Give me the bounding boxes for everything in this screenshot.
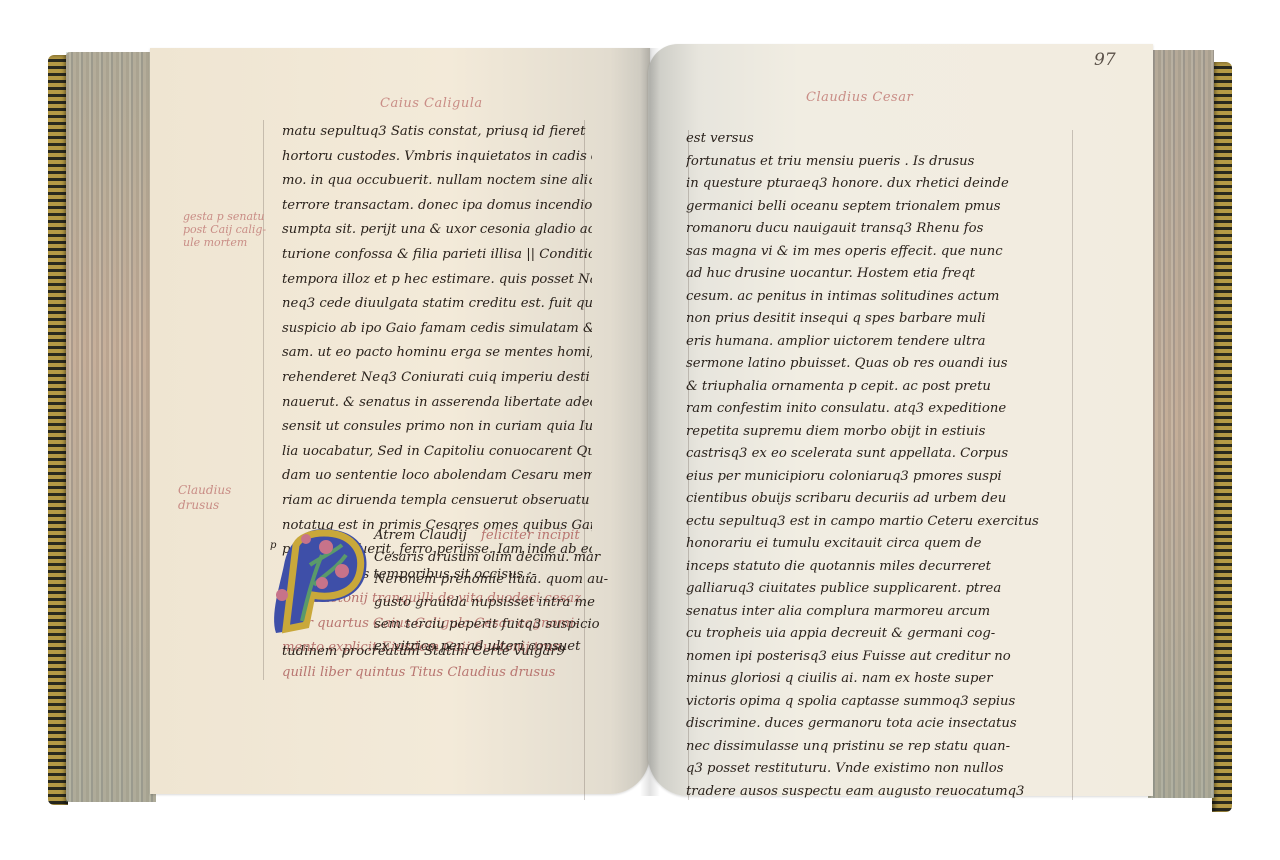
text-line: nec dissimulasse unq pristinu se rep sta…	[686, 736, 1066, 759]
text-line: galliaruq3 ciuitates publice supplicaren…	[686, 578, 1066, 601]
text-line: inceps statuto die quotannis miles decur…	[686, 556, 1066, 579]
text-line: tempora illoz et p hec estimare. quis po…	[282, 268, 592, 293]
text-line: sem terciu peperit fuitq3 suspicio	[374, 614, 608, 636]
left-running-head: Caius Caligula	[380, 96, 483, 111]
margin-note-claudius: Claudius drusus	[178, 483, 231, 513]
text-line: sensit ut consules primo non in curiam q…	[282, 415, 592, 440]
rubric-line: quilli liber quintus Titus Claudius drus…	[282, 661, 592, 686]
text-line: tudinem procreatum Statim Certe vulgar9	[282, 640, 565, 665]
text-line: dam uo sententie loco abolendam Cesaru m…	[282, 464, 592, 489]
text-line: victoris opima q spolia captasse summoq3…	[686, 691, 1066, 714]
margin-note-gesta: gesta p senatu post Caij calig- ule mort…	[183, 210, 266, 249]
text-line: sumpta sit. perijt una & uxor cesonia gl…	[282, 218, 592, 243]
right-page-edges	[1148, 50, 1214, 798]
text-line: riam ac diruenda templa censuerut obseru…	[282, 489, 592, 514]
text-line: turione confossa & filia parieti illisa …	[282, 243, 592, 268]
margin-note-line: drusus	[178, 498, 231, 513]
margin-note-line: ule mortem	[183, 236, 266, 249]
text-line: lia uocabatur, Sed in Capitoliu conuocar…	[282, 440, 592, 465]
text-line: nomen ipi posterisq3 eius Fuisse aut cre…	[686, 646, 1066, 669]
text-line: discrimine. duces germanoru tota acie in…	[686, 713, 1066, 736]
text-line: cu tropheis uia appia decreuit & germani…	[686, 623, 1066, 646]
text-line: in questure pturaeq3 honore. dux rhetici…	[686, 173, 1066, 196]
text-line: tradere ausos suspectu eam augusto reuoc…	[686, 781, 1066, 804]
text-line: Cesaris drusum olim decimu. mar	[374, 547, 608, 569]
right-cover-gilt-edge	[1212, 62, 1232, 812]
text-line: senatus inter alia complura marmoreu arc…	[686, 601, 1066, 624]
text-line: sam. ut eo pacto hominu erga se mentes h…	[282, 341, 592, 366]
text-line: neq3 cede diuulgata statim creditu est. …	[282, 292, 592, 317]
text-line: sermone latino pbuisset. Quas ob res oua…	[686, 353, 1066, 376]
incipit-first-line: Atrem Claudij feliciter incipit	[374, 525, 580, 547]
margin-note-line: Claudius	[178, 483, 231, 498]
incipit-text: Atrem Claudij	[374, 528, 467, 543]
left-cover-gilt-edge	[48, 55, 68, 805]
illuminated-initial-p-icon	[262, 525, 374, 637]
text-line: terrore transactam. donec ipa domus ince…	[282, 194, 592, 219]
text-line: & triuphalia ornamenta p cepit. ac post …	[686, 376, 1066, 399]
left-page-edges	[66, 52, 156, 802]
right-running-head: Claudius Cesar	[806, 90, 913, 105]
text-line: cesum. ac penitus in intimas solitudines…	[686, 286, 1066, 309]
text-line: honorariu ei tumulu excitauit circa quem…	[686, 533, 1066, 556]
text-line: ectu sepultuq3 est in campo martio Ceter…	[686, 511, 1066, 534]
text-line: eris humana. amplior uictorem tendere ul…	[686, 331, 1066, 354]
text-line: ad huc drusine uocantur. Hostem etia fre…	[686, 263, 1066, 286]
folio-number: 97	[1094, 50, 1116, 70]
text-line: nauerut. & senatus in asserenda libertat…	[282, 391, 592, 416]
text-line: cientibus obuijs scribaru decuriis ad ur…	[686, 488, 1066, 511]
text-line: matu sepultuq3 Satis constat, priusq id …	[282, 120, 592, 145]
text-line: repetita supremu diem morbo obijt in est…	[686, 421, 1066, 444]
text-line: mo. in qua occubuerit. nullam noctem sin…	[282, 169, 592, 194]
text-line: minus gloriosi q ciuilis ai. nam ex host…	[686, 668, 1066, 691]
margin-note-line: post Caij calig-	[183, 223, 266, 236]
gutter-shadow	[640, 48, 660, 796]
text-line: hortoru custodes. Vmbris inquietatos in …	[282, 145, 592, 170]
text-line: est versus	[686, 128, 1066, 151]
text-line: ram confestim inito consulatu. atq3 expe…	[686, 398, 1066, 421]
right-main-text: est versus fortunatus et triu mensiu pue…	[686, 128, 1066, 803]
open-manuscript: Caius Caligula gesta p senatu post Caij …	[0, 0, 1280, 860]
text-line: castrisq3 ex eo scelerata sunt appellata…	[686, 443, 1066, 466]
text-line: q3 posset restituturu. Vnde existimo non…	[686, 758, 1066, 781]
text-line: eius per municipioru coloniaruq3 pmores …	[686, 466, 1066, 489]
text-line: gusto grauida nupsisset intra me	[374, 592, 608, 614]
right-ruling-line-right	[1072, 130, 1073, 800]
text-line: sas magna vi & im mes operis effecit. qu…	[686, 241, 1066, 264]
text-line: non prius desitit insequi q spes barbare…	[686, 308, 1066, 331]
incipit-rubric: feliciter incipit	[481, 528, 580, 543]
text-line: rehenderet Neq3 Coniurati cuiq imperiu d…	[282, 366, 592, 391]
text-line: fortunatus et triu mensiu pueris . Is dr…	[686, 151, 1066, 174]
text-line: romanoru ducu nauigauit transq3 Rhenu fo…	[686, 218, 1066, 241]
final-line: tudinem procreatum Statim Certe vulgar9	[282, 640, 565, 665]
text-line: Neronem prenomie liuia. quom au-	[374, 569, 608, 591]
margin-note-line: gesta p senatu	[183, 210, 266, 223]
text-line: germanici belli oceanu septem trionalem …	[686, 196, 1066, 219]
text-line: suspicio ab ipo Gaio famam cedis simulat…	[282, 317, 592, 342]
